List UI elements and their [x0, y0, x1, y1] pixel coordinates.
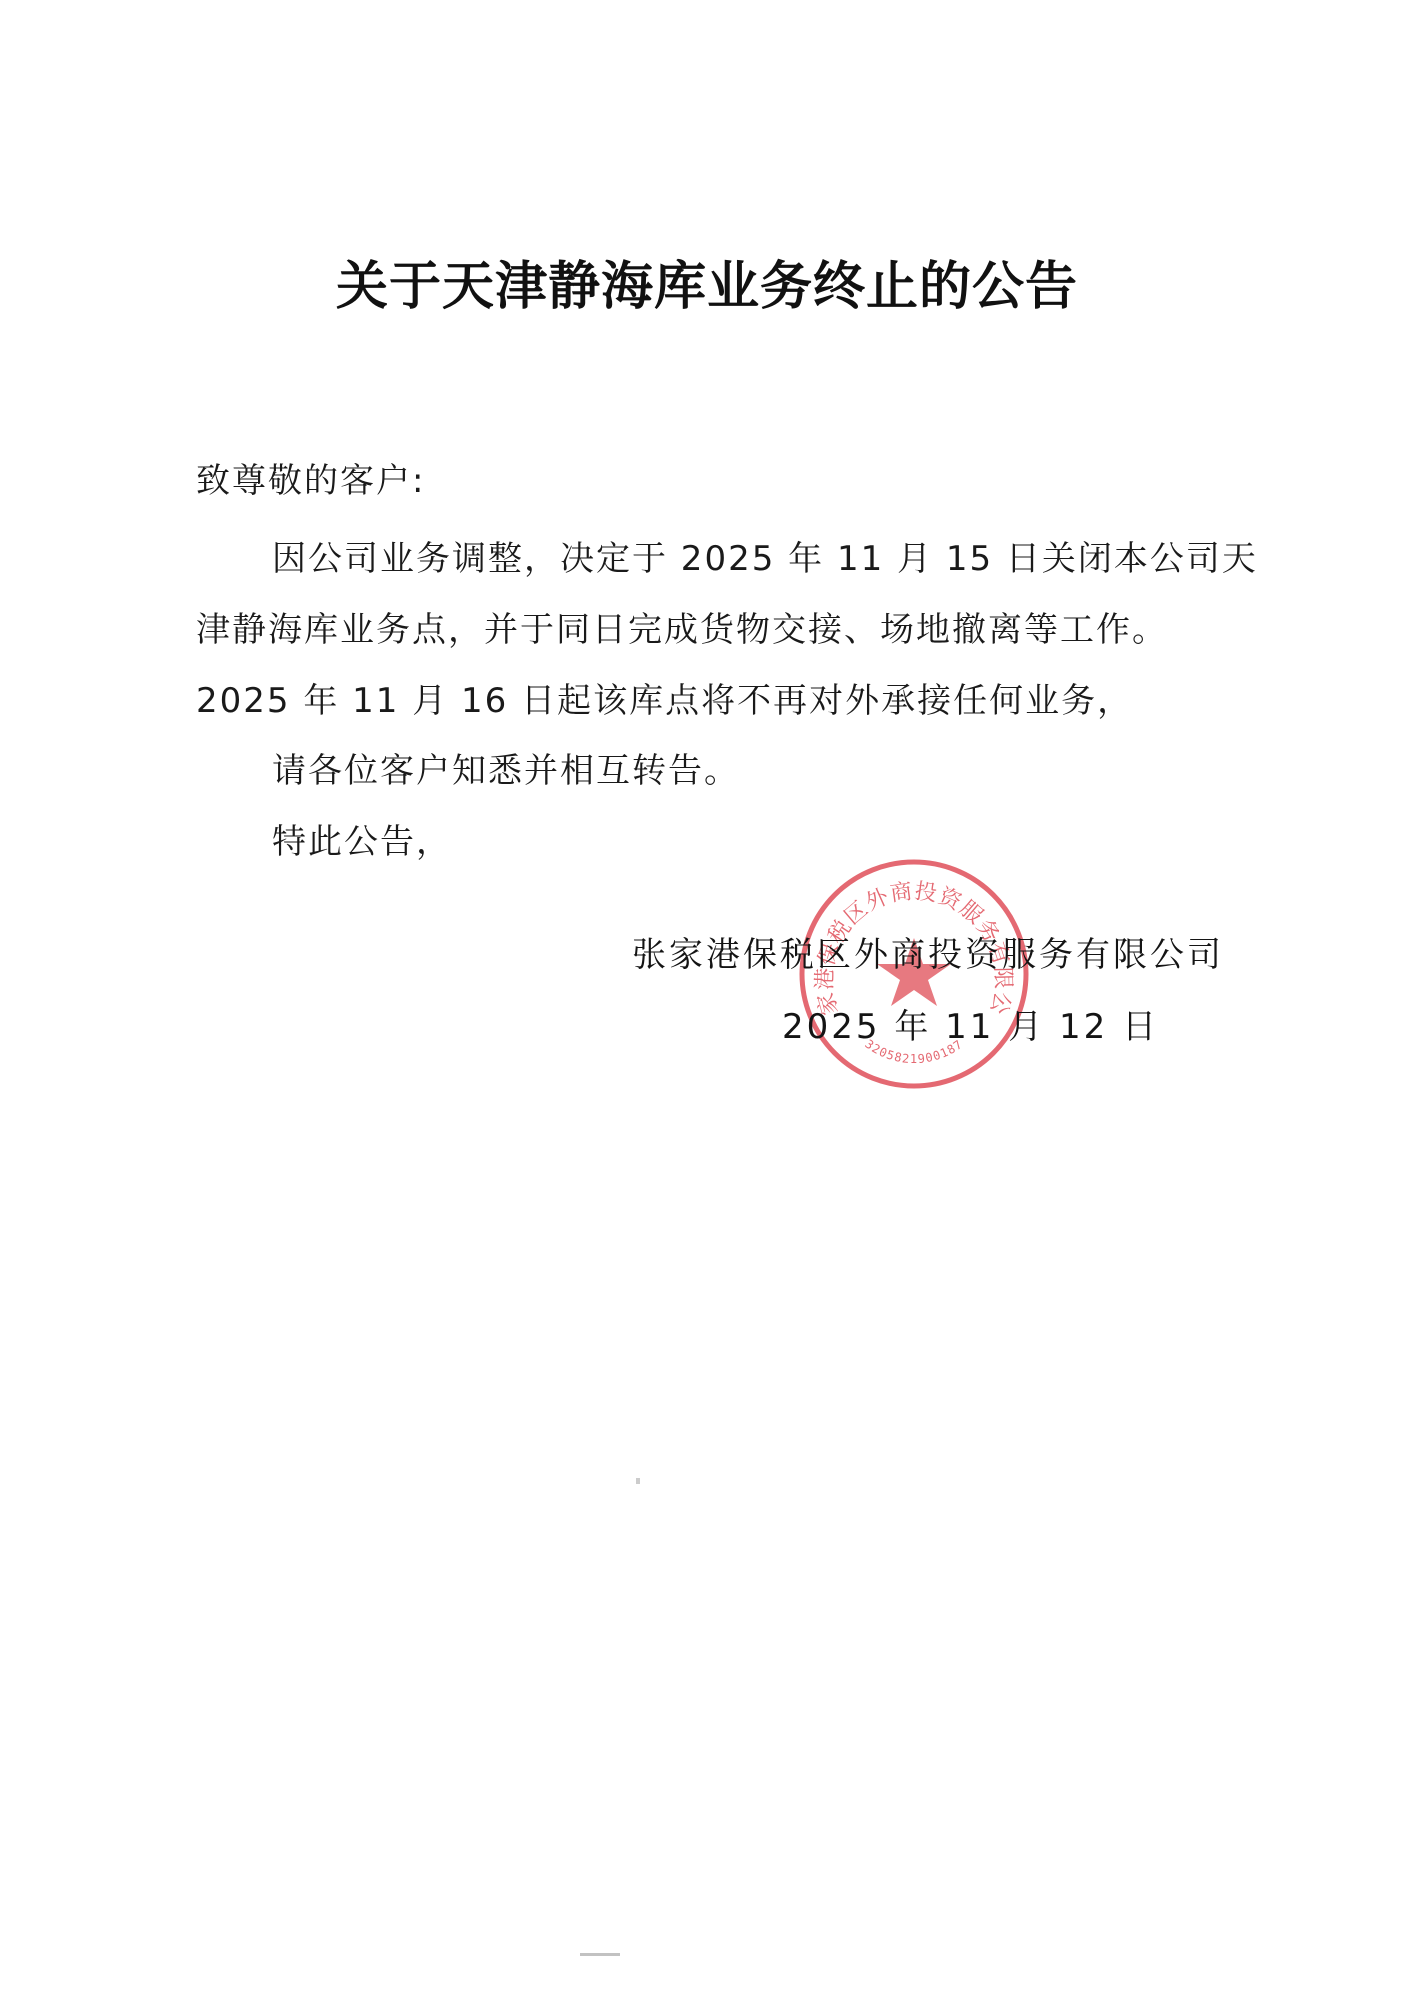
scan-artifact	[636, 1478, 640, 1484]
document-page: 关于天津静海库业务终止的公告 致尊敬的客户: 因公司业务调整，决定于 2025 …	[0, 0, 1414, 2000]
signature-date: 2025 年 11 月 12 日	[782, 1002, 1159, 1052]
document-title: 关于天津静海库业务终止的公告	[0, 252, 1414, 322]
paragraph-line: 特此公告，	[272, 817, 452, 867]
salutation: 致尊敬的客户:	[196, 456, 425, 506]
paragraph-line: 津静海库业务点，并于同日完成货物交接、场地撤离等工作。	[196, 605, 1168, 655]
paragraph-line: 请各位客户知悉并相互转告。	[272, 746, 740, 796]
scan-artifact	[580, 1953, 620, 1956]
paragraph-line: 因公司业务调整，决定于 2025 年 11 月 15 日关闭本公司天	[272, 534, 1258, 584]
signature-company: 张家港保税区外商投资服务有限公司	[632, 930, 1224, 980]
paragraph-line: 2025 年 11 月 16 日起该库点将不再对外承接任何业务，	[196, 676, 1133, 726]
